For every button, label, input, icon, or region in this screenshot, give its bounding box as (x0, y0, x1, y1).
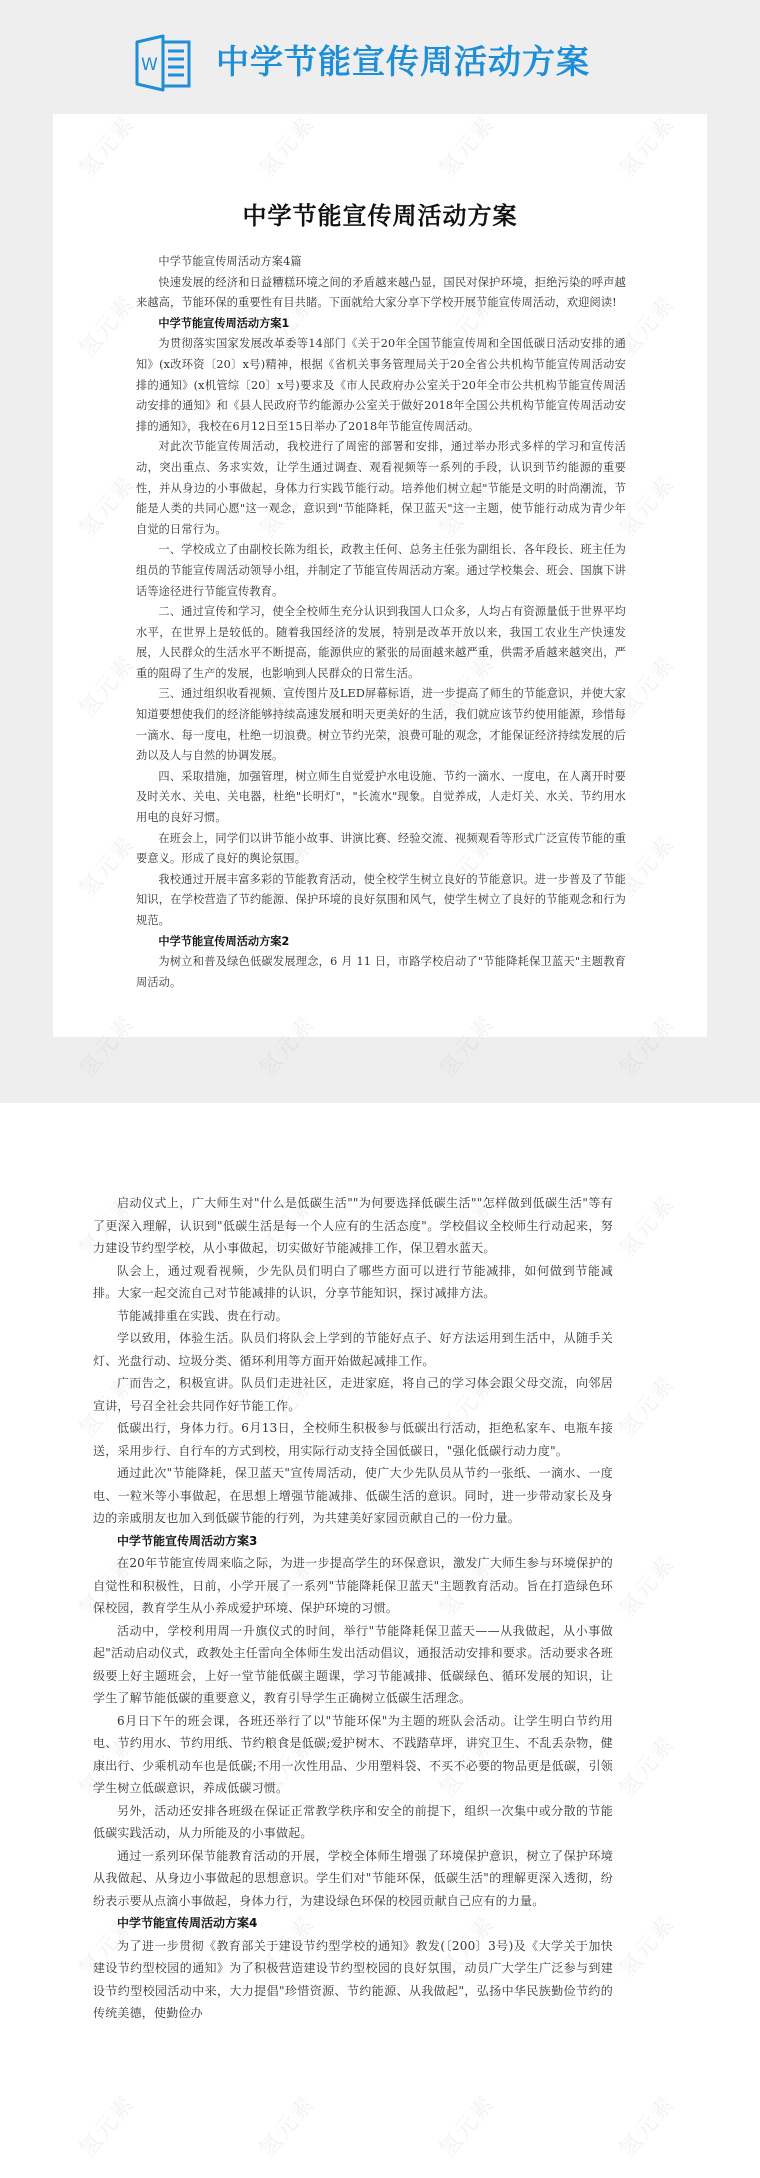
document-title: 中学节能宣传周活动方案 (53, 196, 707, 231)
paragraph: 活动中，学校利用周一升旗仪式的时间，举行"节能降耗保卫蓝天——从我做起，从小事做… (93, 1620, 613, 1710)
paragraph: 三、通过组织收看视频、宣传图片及LED屏幕标语，进一步提高了师生的节能意识，并使… (136, 684, 626, 766)
paragraph: 四、采取措施，加强管理，树立师生自觉爱护水电设施、节约一滴水、一度电，在人离开时… (136, 767, 626, 829)
paragraph: 通过一系列环保节能教育活动的开展，学校全体师生增强了环境保护意识，树立了保护环境… (93, 1845, 613, 1913)
paragraph: 学以致用，体验生活。队员们将队会上学到的节能好点子、好方法运用到生活中，从随手关… (93, 1327, 613, 1372)
paragraph: 在20年节能宣传周来临之际，为进一步提高学生的环保意识，激发广大师生参与环境保护… (93, 1552, 613, 1620)
paragraph: 另外，活动还安排各班级在保证正常教学秩序和安全的前提下，组织一次集中或分散的节能… (93, 1800, 613, 1845)
paragraph: 为贯彻落实国家发展改革委等14部门《关于20年全国节能宣传周和全国低碳日活动安排… (136, 334, 626, 437)
page-1-body: 中学节能宣传周活动方案4篇快速发展的经济和日益糟糕环境之间的矛盾越来越凸显，国民… (136, 252, 626, 993)
section-heading: 中学节能宣传周活动方案2 (136, 932, 626, 953)
section-heading: 中学节能宣传周活动方案3 (93, 1530, 613, 1553)
paragraph: 对此次节能宣传周活动，我校进行了周密的部署和安排，通过举办形式多样的学习和宣传活… (136, 437, 626, 540)
section-heading: 中学节能宣传周活动方案1 (136, 314, 626, 335)
paragraph: 6月日下午的班会课，各班还举行了以"节能环保"为主题的班队会活动。让学生明白节约… (93, 1710, 613, 1800)
paragraph: 广而告之，积极宣讲。队员们走进社区，走进家庭，将自己的学习体会跟父母交流，向邻居… (93, 1372, 613, 1417)
header-title: 中学节能宣传周活动方案 (216, 42, 590, 82)
paragraph: 通过此次"节能降耗，保卫蓝天"宣传周活动，使广大少先队员从节约一张纸、一滴水、一… (93, 1462, 613, 1530)
paragraph: 我校通过开展丰富多彩的节能教育活动，使全校学生树立良好的节能意识。进一步普及了节… (136, 870, 626, 932)
paragraph: 二、通过宣传和学习，使全全校师生充分认识到我国人口众多，人均占有资源量低于世界平… (136, 602, 626, 684)
paragraph: 快速发展的经济和日益糟糕环境之间的矛盾越来越凸显，国民对保护环境，拒绝污染的呼声… (136, 273, 626, 314)
paragraph: 一、学校成立了由副校长陈为组长，政教主任何、总务主任张为副组长、各年段长、班主任… (136, 540, 626, 602)
document-page-2: 启动仪式上，广大师生对"什么是低碳生活""为何要选择低碳生活""怎样做到低碳生活… (0, 1103, 760, 2178)
page-2-body: 启动仪式上，广大师生对"什么是低碳生活""为何要选择低碳生活""怎样做到低碳生活… (93, 1192, 613, 2025)
page-gap (0, 1037, 760, 1103)
paragraph: 为树立和普及绿色低碳发展理念，6 月 11 日，市路学校启动了"节能降耗保卫蓝天… (136, 952, 626, 993)
page-header: W 中学节能宣传周活动方案 (0, 0, 760, 114)
word-document-icon: W (133, 30, 197, 94)
document-page-1: 中学节能宣传周活动方案 中学节能宣传周活动方案4篇快速发展的经济和日益糟糕环境之… (53, 114, 707, 1037)
paragraph: 队会上，通过观看视频，少先队员们明白了哪些方面可以进行节能减排，如何做到节能减排… (93, 1260, 613, 1305)
paragraph: 为了进一步贯彻《教育部关于建设节约型学校的通知》教发(〔200〕3号)及《大学关… (93, 1935, 613, 2025)
paragraph: 启动仪式上，广大师生对"什么是低碳生活""为何要选择低碳生活""怎样做到低碳生活… (93, 1192, 613, 1260)
paragraph: 节能减排重在实践、贵在行动。 (93, 1305, 613, 1328)
paragraph: 低碳出行，身体力行。6月13日，全校师生积极参与低碳出行活动，拒绝私家车、电瓶车… (93, 1417, 613, 1462)
section-heading: 中学节能宣传周活动方案4 (93, 1912, 613, 1935)
paragraph: 中学节能宣传周活动方案4篇 (136, 252, 626, 273)
svg-text:W: W (141, 55, 158, 75)
paragraph: 在班会上，同学们以讲节能小故事、讲演比赛、经验交流、视频观看等形式广泛宣传节能的… (136, 829, 626, 870)
